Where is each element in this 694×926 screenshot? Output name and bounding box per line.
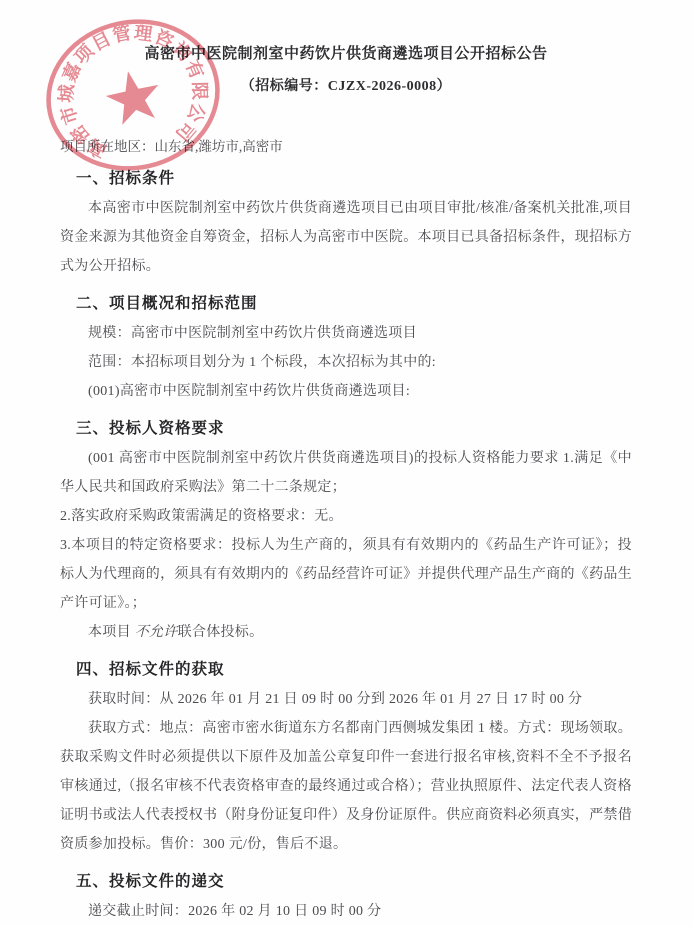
paragraph: 3.本项目的特定资格要求：投标人为生产商的，须具有有效期内的《药品生产许可证》；… [60,531,632,618]
paragraph: 范围：本招标项目划分为 1 个标段，本次招标为其中的: [60,348,632,377]
paragraph: 2.落实政府采购政策需满足的资格要求：无。 [60,502,632,531]
section-heading: 一、招标条件 [60,168,632,190]
paragraph: 获取方式：地点：高密市密水街道东方名都南门西侧城发集团 1 楼。方式：现场领取。… [60,714,632,859]
document-section: 三、投标人资格要求(001 高密市中医院制剂室中药饮片供货商遴选项目)的投标人资… [60,418,632,647]
text-run: 获取时间：从 2026 年 01 月 21 日 09 时 00 分到 2026 … [88,692,582,707]
sections: 一、招标条件本高密市中医院制剂室中药饮片供货商遴选项目已由项目审批/核准/备案机… [60,168,632,926]
tender-number: （招标编号：CJZX-2026-0008） [60,77,632,96]
document-section: 五、投标文件的递交递交截止时间：2026 年 02 月 10 日 09 时 00… [60,871,632,926]
document-section: 一、招标条件本高密市中医院制剂室中药饮片供货商遴选项目已由项目审批/核准/备案机… [60,168,632,281]
section-heading: 三、投标人资格要求 [60,418,632,440]
document-content: 高密市中医院制剂室中药饮片供货商遴选项目公开招标公告 （招标编号：CJZX-20… [0,0,694,926]
text-run: 范围：本招标项目划分为 1 个标段，本次招标为其中的: [88,355,436,370]
text-run: 2.落实政府采购政策需满足的资格要求：无。 [60,509,343,524]
text-run: 规模：高密市中医院制剂室中药饮片供货商遴选项目 [88,326,417,341]
project-location: 项目所在地区：山东省,潍坊市,高密市 [60,138,632,156]
paragraph: 获取时间：从 2026 年 01 月 21 日 09 时 00 分到 2026 … [60,685,632,714]
paragraph: 规模：高密市中医院制剂室中药饮片供货商遴选项目 [60,319,632,348]
text-run: 本项目 [88,625,135,640]
text-run: 3.本项目的特定资格要求：投标人为生产商的，须具有有效期内的《药品生产许可证》；… [60,538,632,611]
text-run: 不允许 [135,625,178,640]
paragraph: 本高密市中医院制剂室中药饮片供货商遴选项目已由项目审批/核准/备案机关批准,项目… [60,194,632,281]
paragraph: 本项目 不允许联合体投标。 [60,618,632,647]
paragraph: 递交截止时间：2026 年 02 月 10 日 09 时 00 分 [60,897,632,926]
text-run: 递交截止时间：2026 年 02 月 10 日 09 时 00 分 [88,904,381,919]
document-page: 高密市中医院制剂室中药饮片供货商遴选项目公开招标公告 （招标编号：CJZX-20… [0,0,694,926]
text-run: (001 高密市中医院制剂室中药饮片供货商遴选项目)的投标人资格能力要求 1.满… [60,451,632,495]
document-title: 高密市中医院制剂室中药饮片供货商遴选项目公开招标公告 [60,44,632,64]
document-section: 二、项目概况和招标范围规模：高密市中医院制剂室中药饮片供货商遴选项目范围：本招标… [60,293,632,406]
paragraph: (001 高密市中医院制剂室中药饮片供货商遴选项目)的投标人资格能力要求 1.满… [60,444,632,502]
text-run: 获取方式：地点：高密市密水街道东方名都南门西侧城发集团 1 楼。方式：现场领取。… [60,721,632,852]
text-run: 联合体投标。 [178,625,264,640]
paragraph: (001)高密市中医院制剂室中药饮片供货商遴选项目: [60,377,632,406]
text-run: 本高密市中医院制剂室中药饮片供货商遴选项目已由项目审批/核准/备案机关批准,项目… [60,201,632,274]
section-heading: 五、投标文件的递交 [60,871,632,893]
document-section: 四、招标文件的获取获取时间：从 2026 年 01 月 21 日 09 时 00… [60,659,632,859]
section-heading: 二、项目概况和招标范围 [60,293,632,315]
section-heading: 四、招标文件的获取 [60,659,632,681]
text-run: (001)高密市中医院制剂室中药饮片供货商遴选项目: [88,384,410,399]
